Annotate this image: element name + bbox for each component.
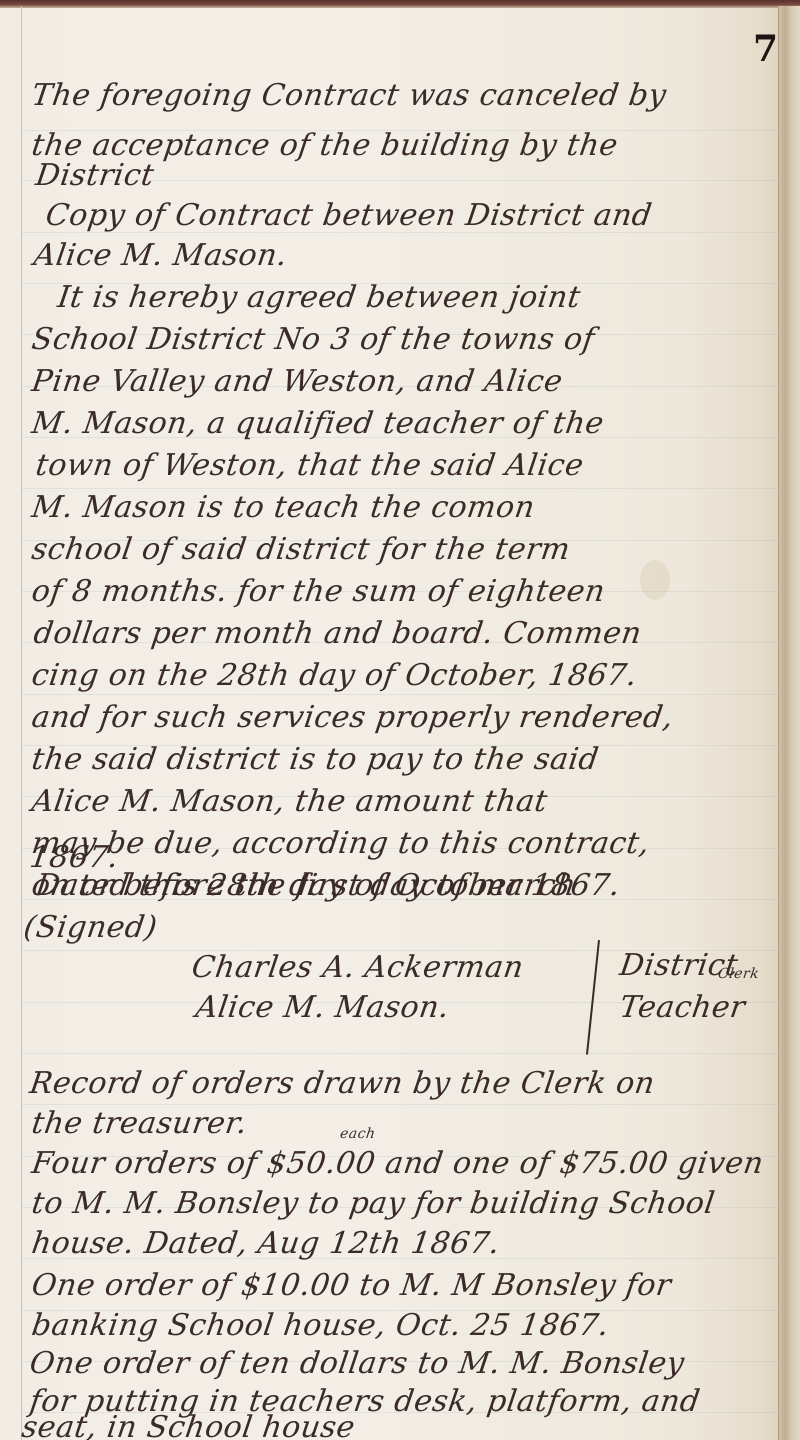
signature-teacher: Alice M. Mason. [194, 990, 452, 1025]
contract-heading-line: Copy of Contract between District and [44, 198, 655, 233]
contract-body-line: dollars per month and board. Commen [32, 616, 644, 651]
contract-body-line: Pine Valley and Weston, and Alice [30, 364, 565, 399]
orders-heading-line: the treasurer. [30, 1106, 250, 1141]
role-clerk-note: Clerk [717, 966, 760, 982]
contract-body-line: and for such services properly rendered, [30, 700, 676, 735]
ruled-line [22, 1053, 778, 1054]
orders-heading-line: Record of orders drawn by the Clerk on [28, 1066, 658, 1101]
order-entry-line: banking School house, Oct. 25 1867. [30, 1308, 612, 1343]
order-entry-line: seat, in School house [20, 1410, 358, 1440]
order-entry-line: One order of ten dollars to M. M. Bonsle… [28, 1346, 687, 1381]
page-number: 7 [753, 28, 778, 70]
ledger-page: 7 The foregoing Contract was canceled by… [0, 0, 800, 1440]
contract-body-line: cing on the 28th day of October, 1867. [30, 658, 640, 693]
ruled-line [22, 1104, 778, 1105]
order-entry-line: One order of $10.00 to M. M Bonsley for [30, 1268, 674, 1303]
contract-heading-line: Alice M. Mason. [32, 238, 290, 273]
handwritten-line: The foregoing Contract was canceled by [30, 78, 669, 113]
ruled-line [22, 488, 778, 489]
signature-divider [586, 940, 600, 1055]
contract-body-line: School District No 3 of the towns of [30, 322, 597, 357]
order-superscript-each: each [339, 1126, 377, 1142]
ruled-line [22, 694, 778, 695]
contract-body-line: may be due, according to this contract, [30, 826, 652, 861]
order-entry-line: house. Dated, Aug 12th 1867. [30, 1226, 503, 1261]
signed-label: (Signed) [22, 910, 160, 945]
order-entry-line: Four orders of $50.00 and one of $75.00 … [30, 1146, 766, 1181]
signature-clerk: Charles A. Ackerman [190, 950, 526, 985]
margin-rule [21, 6, 22, 1440]
role-teacher: Teacher [618, 990, 748, 1025]
contract-body-line: M. Mason, a qualified teacher of the [30, 406, 607, 441]
contract-body-line: the said district is to pay to the said [30, 742, 601, 777]
contract-body-line: It is hereby agreed between joint [56, 280, 583, 315]
book-gutter [778, 6, 800, 1440]
contract-body-line: of 8 months. for the sum of eighteen [30, 574, 608, 609]
book-binding-edge [0, 0, 800, 8]
ink-stain [640, 560, 670, 600]
dated-line: Dated this 28th day of October 1867. [34, 868, 623, 903]
handwritten-line: District [34, 158, 157, 193]
contract-body-line: Alice M. Mason, the amount that [30, 784, 550, 819]
contract-body-line: M. Mason is to teach the comon [30, 490, 538, 525]
contract-body-line: town of Weston, that the said Alice [34, 448, 586, 483]
contract-body-line: school of said district for the term [30, 532, 573, 567]
order-entry-line: to M. M. Bonsley to pay for building Sch… [30, 1186, 718, 1221]
